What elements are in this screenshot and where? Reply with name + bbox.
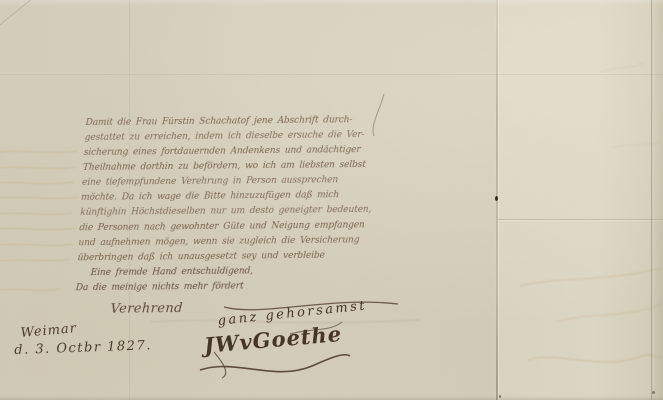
- letter-scan: Damit die Frau Fürstin Schachatof jene A…: [0, 0, 663, 400]
- letter-body: Damit die Frau Fürstin Schachatof jene A…: [74, 113, 354, 317]
- ink-speck: [499, 395, 501, 398]
- paper-right-edge: [651, 0, 652, 400]
- handwritten-line: überbringen daß ich unausgesetzt sey und…: [77, 248, 346, 266]
- paper-top-edge: [0, 0, 663, 6]
- ink-speck: [495, 196, 498, 201]
- faint-top-crease: [0, 74, 663, 75]
- horizontal-fold-crease: [497, 219, 663, 220]
- ink-speck: [652, 391, 655, 394]
- dateline-place: Weimar: [20, 315, 152, 341]
- dateline-date: d. 3. Octbr 1827.: [14, 338, 152, 358]
- paper-bottom-edge: [0, 396, 663, 400]
- signature-block: ganz gehorsamst JWvGoethe: [203, 314, 367, 358]
- dateline: Weimar d. 3. Octbr 1827.: [20, 326, 152, 358]
- closing-line: Da die meinige nichts mehr fördert: [75, 278, 344, 296]
